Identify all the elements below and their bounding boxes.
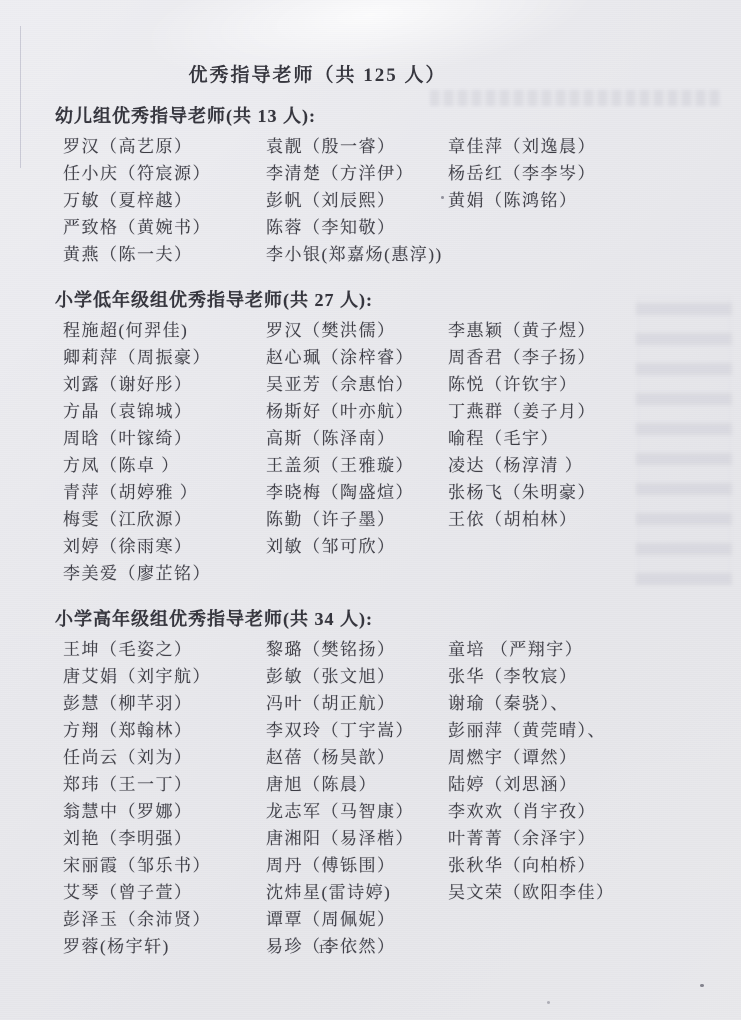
name-entry: 陈悦（许钦宇）	[440, 371, 721, 398]
name-entry: 郑玮（王一丁）	[55, 771, 258, 798]
name-entry: 刘婷（徐雨寒）	[55, 533, 258, 560]
scan-highlight-artifact	[134, 0, 606, 108]
name-columns: 罗汉（高艺原）任小庆（符宸源）万敏（夏梓越）严致格（黄婉书）黄燕（陈一夫）袁靓（…	[55, 133, 721, 268]
name-entry: 冯叶（胡正航）	[258, 690, 440, 717]
name-entry: 艾琴（曾子萱）	[55, 879, 258, 906]
sections-root: 幼儿组优秀指导老师(共 13 人):罗汉（高艺原）任小庆（符宸源）万敏（夏梓越）…	[55, 102, 721, 978]
name-column: 李惠颖（黄子煜）周香君（李子扬）陈悦（许钦宇）丁燕群（姜子月）喻程（毛宇）凌达（…	[440, 317, 721, 587]
name-entry: 李惠颖（黄子煜）	[440, 317, 721, 344]
name-entry: 翁慧中（罗娜）	[55, 798, 258, 825]
name-entry: 方翔（郑翰林）	[55, 717, 258, 744]
name-entry: 袁靓（殷一睿）	[258, 133, 440, 160]
name-entry: 吴亚芳（佘惠怡）	[258, 371, 440, 398]
name-column: 童培 （严翔宇）张华（李牧宸）谢瑜（秦骁）、彭丽萍（黄莞晴）、周燃宇（谭然）陆婷…	[440, 636, 721, 960]
name-entry: 李美爱（廖芷铭）	[55, 560, 258, 587]
name-columns: 程施超(何羿佳)卿莉萍（周振豪）刘露（谢好彤）方晶（袁锦城）周晗（叶镓绮）方凤（…	[55, 317, 721, 587]
name-entry: 李晓梅（陶盛煊）	[258, 479, 440, 506]
teacher-group: 小学高年级组优秀指导老师(共 34 人):王坤（毛姿之）唐艾娟（刘宇航）彭慧（柳…	[55, 605, 721, 960]
name-entry: 吴文荣（欧阳李佳）	[440, 879, 721, 906]
name-entry: 刘敏（邹可欣）	[258, 533, 440, 560]
name-entry: 梅雯（江欣源）	[55, 506, 258, 533]
name-entry: 周燃宇（谭然）	[440, 744, 721, 771]
page-number: 15	[318, 941, 333, 957]
name-column: 袁靓（殷一睿）李清楚（方洋伊）彭帆（刘辰熙）陈蓉（李知敬）李小银(郑嘉炀(惠淳)…	[258, 133, 440, 268]
name-entry: 陈勤（许子墨）	[258, 506, 440, 533]
name-entry: 唐艾娟（刘宇航）	[55, 663, 258, 690]
name-entry: 王盖须（王雅璇）	[258, 452, 440, 479]
name-entry: 陆婷（刘思涵）	[440, 771, 721, 798]
name-entry: 任尚云（刘为）	[55, 744, 258, 771]
name-entry: 李小银(郑嘉炀(惠淳))	[258, 241, 440, 268]
name-entry: 严致格（黄婉书）	[55, 214, 258, 241]
name-entry: 万敏（夏梓越）	[55, 187, 258, 214]
name-entry: 李双玲（丁宇嵩）	[258, 717, 440, 744]
page-title: 优秀指导老师（共 125 人）	[0, 60, 688, 87]
name-entry: 彭敏（张文旭）	[258, 663, 440, 690]
group-header: 小学低年级组优秀指导老师(共 27 人):	[55, 286, 721, 312]
name-entry: 任小庆（符宸源）	[55, 160, 258, 187]
name-entry: 彭慧（柳芊羽）	[55, 690, 258, 717]
name-entry: 罗汉（高艺原）	[55, 133, 258, 160]
scan-dot-artifact	[700, 984, 704, 987]
name-entry: 赵心珮（涂梓睿）	[258, 344, 440, 371]
name-entry: 黄娟（陈鸿铭）	[440, 187, 721, 214]
scan-line-artifact	[20, 26, 21, 168]
name-entry: 丁燕群（姜子月）	[440, 398, 721, 425]
teacher-group: 小学低年级组优秀指导老师(共 27 人):程施超(何羿佳)卿莉萍（周振豪）刘露（…	[55, 286, 721, 587]
name-column: 黎璐（樊铭扬）彭敏（张文旭）冯叶（胡正航）李双玲（丁宇嵩）赵蓓（杨昊歆）唐旭（陈…	[258, 636, 440, 960]
name-entry: 刘露（谢好彤）	[55, 371, 258, 398]
name-entry: 易珍（李依然）	[258, 933, 440, 960]
name-entry: 程施超(何羿佳)	[55, 317, 258, 344]
name-entry: 龙志军（马智康）	[258, 798, 440, 825]
name-entry: 杨斯好（叶亦航）	[258, 398, 440, 425]
name-entry: 赵蓓（杨昊歆）	[258, 744, 440, 771]
name-entry: 彭泽玉（余沛贤）	[55, 906, 258, 933]
name-entry: 刘艳（李明强）	[55, 825, 258, 852]
name-entry: 谢瑜（秦骁）、	[440, 690, 721, 717]
name-entry: 周香君（李子扬）	[440, 344, 721, 371]
name-entry: 卿莉萍（周振豪）	[55, 344, 258, 371]
name-entry: 罗汉（樊洪儒）	[258, 317, 440, 344]
name-entry: 张杨飞（朱明豪）	[440, 479, 721, 506]
document-page: 优秀指导老师（共 125 人） 幼儿组优秀指导老师(共 13 人):罗汉（高艺原…	[0, 0, 741, 1020]
name-entry: 章佳萍（刘逸晨）	[440, 133, 721, 160]
name-entry: 杨岳红（李李岑）	[440, 160, 721, 187]
name-entry: 张华（李牧宸）	[440, 663, 721, 690]
name-entry: 王依（胡柏林）	[440, 506, 721, 533]
name-entry: 黎璐（樊铭扬）	[258, 636, 440, 663]
name-entry: 周丹（傅铄围）	[258, 852, 440, 879]
name-entry: 张秋华（向柏桥）	[440, 852, 721, 879]
name-entry: 童培 （严翔宇）	[440, 636, 721, 663]
name-entry: 周晗（叶镓绮）	[55, 425, 258, 452]
name-entry: 叶菁菁（余泽宇）	[440, 825, 721, 852]
name-column: 程施超(何羿佳)卿莉萍（周振豪）刘露（谢好彤）方晶（袁锦城）周晗（叶镓绮）方凤（…	[55, 317, 258, 587]
name-entry: 唐湘阳（易泽楷）	[258, 825, 440, 852]
name-entry: 方晶（袁锦城）	[55, 398, 258, 425]
name-entry: 王坤（毛姿之）	[55, 636, 258, 663]
name-column: 罗汉（樊洪儒）赵心珮（涂梓睿）吴亚芳（佘惠怡）杨斯好（叶亦航）高斯（陈泽南）王盖…	[258, 317, 440, 587]
name-entry: 罗蓉(杨宇轩)	[55, 933, 258, 960]
name-entry: 宋丽霞（邹乐书）	[55, 852, 258, 879]
name-entry: 陈蓉（李知敬）	[258, 214, 440, 241]
name-entry: 方凤（陈卓 ）	[55, 452, 258, 479]
name-entry: 谭覃（周佩妮）	[258, 906, 440, 933]
name-entry: 黄燕（陈一夫）	[55, 241, 258, 268]
name-entry: 沈炜星(雷诗婷)	[258, 879, 440, 906]
name-entry: 唐旭（陈晨）	[258, 771, 440, 798]
name-entry: 彭帆（刘辰熙）	[258, 187, 440, 214]
name-entry: 喻程（毛宇）	[440, 425, 721, 452]
teacher-group: 幼儿组优秀指导老师(共 13 人):罗汉（高艺原）任小庆（符宸源）万敏（夏梓越）…	[55, 102, 721, 268]
name-entry: 李清楚（方洋伊）	[258, 160, 440, 187]
group-header: 幼儿组优秀指导老师(共 13 人):	[55, 102, 721, 128]
scan-dot-artifact	[547, 1001, 550, 1004]
name-column: 章佳萍（刘逸晨）杨岳红（李李岑）黄娟（陈鸿铭）	[440, 133, 721, 268]
name-entry: 李欢欢（肖宇孜）	[440, 798, 721, 825]
name-column: 罗汉（高艺原）任小庆（符宸源）万敏（夏梓越）严致格（黄婉书）黄燕（陈一夫）	[55, 133, 258, 268]
name-entry: 彭丽萍（黄莞晴）、	[440, 717, 721, 744]
name-column: 王坤（毛姿之）唐艾娟（刘宇航）彭慧（柳芊羽）方翔（郑翰林）任尚云（刘为）郑玮（王…	[55, 636, 258, 960]
name-entry: 高斯（陈泽南）	[258, 425, 440, 452]
name-columns: 王坤（毛姿之）唐艾娟（刘宇航）彭慧（柳芊羽）方翔（郑翰林）任尚云（刘为）郑玮（王…	[55, 636, 721, 960]
name-entry: 青萍（胡婷雅 ）	[55, 479, 258, 506]
group-header: 小学高年级组优秀指导老师(共 34 人):	[55, 605, 721, 631]
name-entry: 凌达（杨淳清 ）	[440, 452, 721, 479]
